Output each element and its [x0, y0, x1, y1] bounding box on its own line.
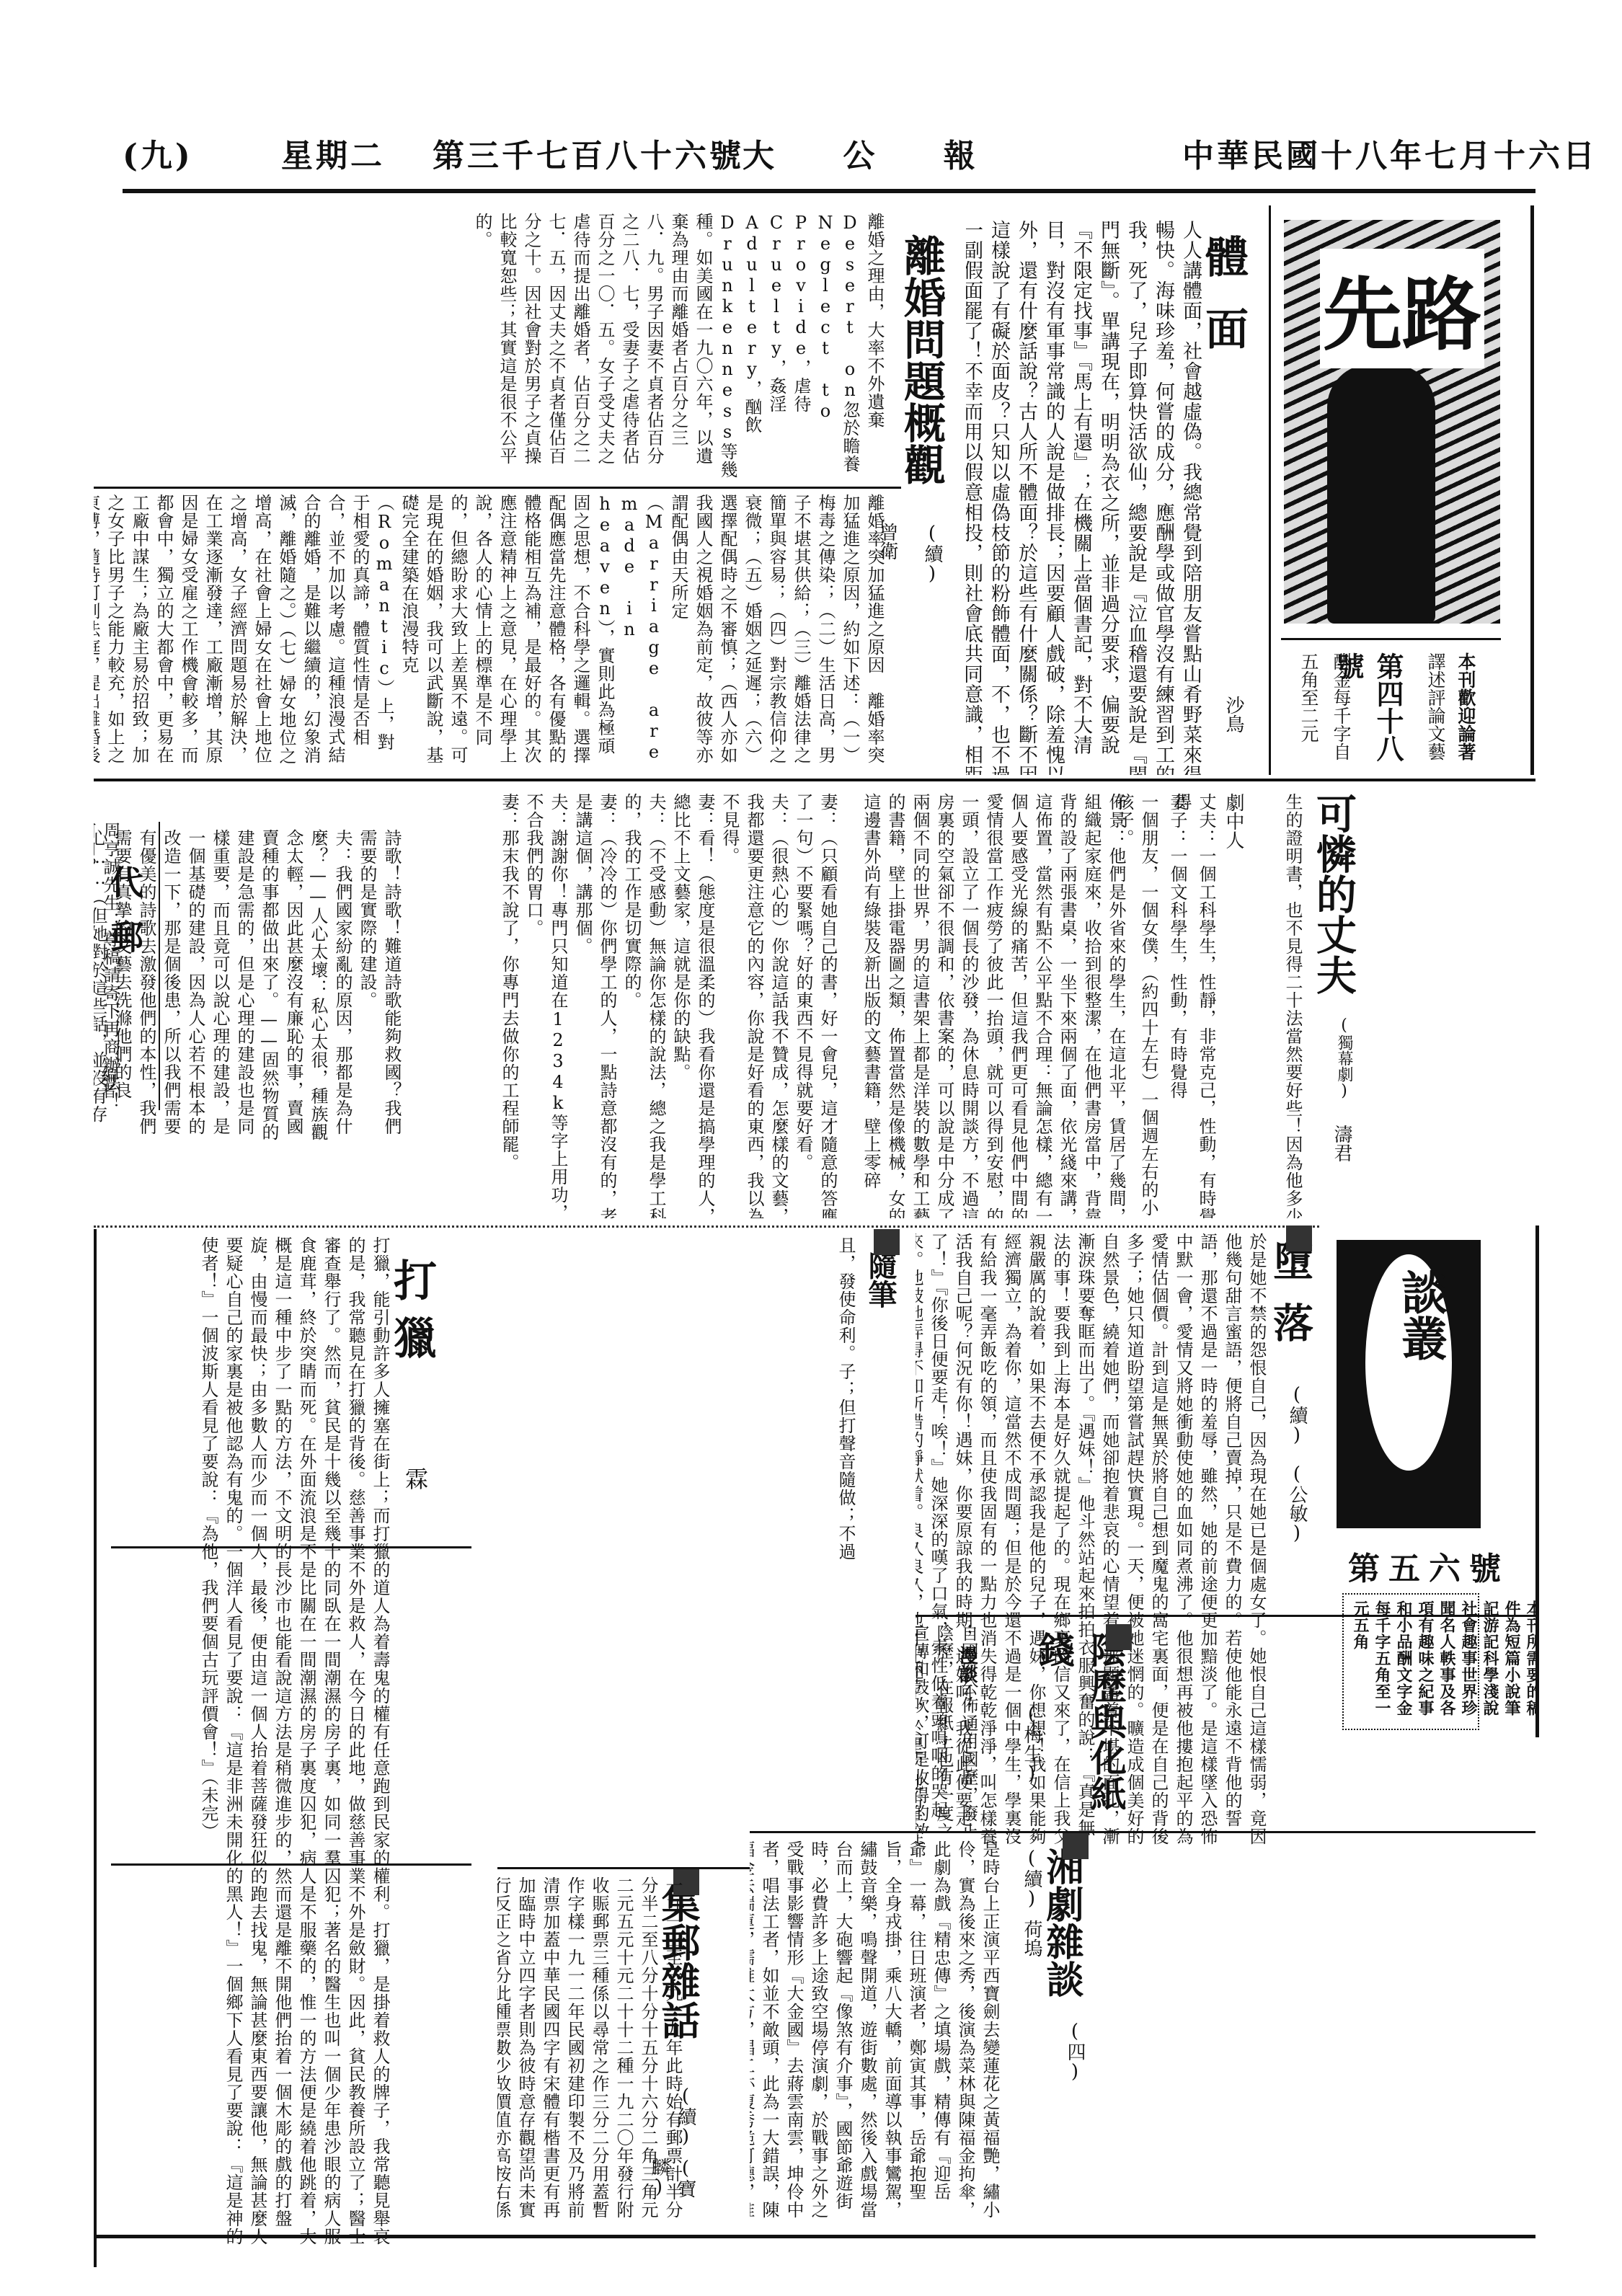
- xianlu-header-title: 先路: [1320, 249, 1484, 368]
- dialogue-line: （很熱心的）你說這話我不贊成，怎麼樣的文藝，我都還要更注意它的內容，你說是好看的…: [719, 793, 789, 1218]
- cast-line: 一個朋友，一個女僕，（約四十左右）一個週左右的小孩子。: [1132, 793, 1161, 1218]
- article-body: 打獵，能引動許多人擁塞在街上；而打獵的道人為着壽鬼的權有任意跑到民家的權利。打獵…: [111, 1236, 392, 2246]
- section-label-icon: [874, 1229, 900, 1255]
- article-suibi: 隨筆 且，發使命利。子；但打聲音隨做；不過: [497, 1229, 916, 1863]
- dialogue-line: 那末我不說了，你專門去做你的工程師罷。: [499, 829, 519, 1171]
- tancong-header-art: 談叢: [1337, 1240, 1481, 1528]
- article-xiangju: 湘劇雜談 (四) (續) 荷塢 是時台上正演平西寶劍去變蓮花之黃福艷，繡小伶，實…: [750, 1831, 1535, 2237]
- tancong-header-title: 談叢: [1387, 1269, 1453, 1361]
- dialogue-block: 妻：（只顧看她自己的書，好一會兒，這才隨意的答應了一句）不要緊嗎？好的東西不見得…: [407, 793, 840, 1218]
- article-author: 荷塢: [1019, 1920, 1045, 1957]
- article-author: (梅生): [1019, 1703, 1045, 1784]
- publication-date: 中華民國十八年七月十六日: [1182, 130, 1597, 176]
- tancong-issue-label: 第五六號: [1348, 1543, 1510, 1589]
- cast-line: 妻子：一個文科學生，性動，有時覺得: [1161, 793, 1189, 1218]
- dialogue-speaker: 夫: [646, 793, 666, 811]
- dialogue-speaker: 夫: [768, 793, 789, 811]
- article-title: 離婚問題概觀: [891, 234, 952, 485]
- article-dalie: 打獵 霖 打獵，能引動許多人擁塞在街上；而打獵的道人為着壽鬼的權有任意跑到民家的…: [94, 1229, 500, 2267]
- article-cont-marker: (續): [919, 523, 946, 585]
- article-lihun: 離婚問題概觀 (續) 曾衛 離婚之理由，大率不外遺棄Desert on忽於瞻養N…: [94, 205, 966, 775]
- prelude-text: 生的證明書，也不見得二十法當然要好些！因為他多少: [1254, 793, 1305, 1218]
- dialogue-line: （只顧看她自己的書，好一會兒，這才隨意的答應了一句）不要緊嗎？好的東西不見得就要…: [793, 793, 838, 1218]
- masthead: (九) 星期二 第三千七百八十六號 大 公 報 中華民國十八年七月十六日: [123, 130, 1535, 180]
- article-cont-marker: (續): [1284, 1384, 1311, 1446]
- dialogue-line: （不受感動）無論你怎樣的說法，總之我是學工科的，我的工作是切實際的。: [621, 793, 666, 1218]
- dialogue-line: 詩歌！詩歌！難道詩歌能夠救國？我們需要的是實際的建設。: [357, 829, 402, 1135]
- footer-rule: [94, 2235, 1535, 2238]
- article-body: 自國府公佈通用國歷，廢止陰歷，在報紙上也有一度之宣傳和鼓吹，可是收得的效果呢？現…: [916, 1624, 980, 1833]
- article-cont-marker: (續): [1019, 1848, 1045, 1910]
- article-author: (公敏): [1284, 1463, 1311, 1544]
- article-body-part-2: 離婚率突加猛進之原因 離婚率突加猛進之原因，約如下述：（一）梅毒之傳染；（二）生…: [101, 494, 887, 768]
- column-daiyou: 代郵 周亨誠先生：尊稿請寄下再商辦法！何如？ 編者: [94, 822, 160, 1110]
- article-body: 是時台上正演平西寶劍去變蓮花之黃福艷，繡小伶，實為後來之秀，後演為菜林與陳福金拘…: [757, 1840, 1002, 2222]
- notice-line-1: 本刊歡迎論著: [1451, 652, 1480, 761]
- article-body: 且，發使命利。子；但打聲音隨做；不過: [512, 1236, 858, 1863]
- dialogue-block: 詩歌！詩歌！難道詩歌能夠救國？我們需要的是實際的建設。 夫：我們國家紛亂的原因，…: [166, 829, 404, 1146]
- article-timian: 體面 沙鳥 人人講體面，社會越虛偽。我總常覺到陪朋友嘗點山肴野菜來得暢快。海味珍…: [966, 205, 1262, 775]
- xianlu-section: 先路 本刊歡迎論著 譯述評論文藝 第四十八號 酬金每千字自 五角至二元: [1269, 205, 1534, 775]
- article-author: 沙鳥: [1220, 696, 1247, 733]
- article-author: 濤君: [1329, 1125, 1355, 1162]
- dialogue-line: （冷冷的）你們學工的人，一點詩意都沒有的，老是講這個，講那個。: [572, 793, 617, 1218]
- article-part: (四): [1062, 2021, 1089, 2083]
- notice-line-4: 五角至二元: [1295, 652, 1321, 761]
- issue-number: 第三千七百八十六號: [433, 130, 744, 176]
- article-genre: (獨幕劇): [1333, 1016, 1355, 1100]
- dialogue-speaker: 妻: [817, 793, 838, 811]
- dialogue-speaker: 妻: [695, 793, 715, 811]
- cast-label: 劇中人: [1220, 793, 1247, 849]
- dialogue-line: 謝謝你！專門只知道在1234k等字上用功，不合我們的胃口。: [523, 793, 568, 1218]
- article-title: 可憐的丈夫: [1305, 793, 1362, 995]
- dialogue-speaker: 夫: [332, 829, 353, 847]
- notice-line-2: 譯述評論文藝: [1421, 652, 1450, 761]
- section-label-icon: [1063, 1833, 1089, 1859]
- column-signature: 編者: [97, 1067, 119, 1099]
- dialogue-speaker: 妻: [499, 793, 519, 811]
- article-body-part-1: 離婚之理由，大率不外遺棄Desert on忽於瞻養Neglect to Prov…: [101, 213, 887, 479]
- paper-name: 大 公 報: [743, 130, 1004, 176]
- dialogue-speaker: 妻: [597, 793, 617, 811]
- cast-line: 丈夫：一個工科學生，性靜，非常克己，性動，有時覺得: [1189, 793, 1218, 1218]
- article-title: 隨筆: [860, 1251, 901, 1308]
- page-number: (九): [123, 130, 193, 176]
- xianlu-header-art: 先路: [1284, 220, 1500, 624]
- weekday: 星期二: [281, 130, 385, 176]
- dialogue-line: 看！（態度是很溫柔的）我看你還是搞學理的人，總比不上文藝家，這就是你的缺點。: [670, 793, 715, 1218]
- article-body: 人人講體面，社會越虛偽。我總常覺到陪朋友嘗點山肴野菜來得暢快。海味珍羞，何嘗的成…: [973, 220, 1204, 775]
- article-yinli: 陰歷與化紙錢 (梅生) 漫談 自國府公佈通用國歷，廢止陰歷，在報紙上也有一度之宣…: [916, 1615, 1535, 1833]
- scene-description: 佈景：他們是外省來的學生，在這北平，賃居了幾間，組織起家庭來，收拾到很整潔，在他…: [847, 793, 1128, 1218]
- notice-line-3: 酬金每千字自: [1328, 652, 1354, 761]
- article-title: 墮落: [1262, 1240, 1319, 1364]
- dialogue-speaker: 夫: [548, 793, 568, 811]
- section-label-icon: [1106, 1624, 1132, 1650]
- section-label-icon: [1286, 1225, 1312, 1251]
- masthead-rule: [123, 189, 1535, 193]
- article-body: 一九一三至一九一九年此時始有郵票計半分分半二至八分十分十五分十六分二角三角元二元…: [497, 1876, 685, 2230]
- rider-figure-icon: [1327, 364, 1435, 624]
- article-kelian: 可憐的丈夫 (獨幕劇) 濤君 生的證明書，也不見得二十法當然要好些！因為他多少 …: [404, 786, 1377, 1218]
- article-author: 霖: [399, 1467, 432, 1490]
- article-jiyou: 集郵雜話 (續) (寶麟) 一九一三至一九一九年此時始有郵票計半分分半二至八分十…: [497, 1867, 750, 2237]
